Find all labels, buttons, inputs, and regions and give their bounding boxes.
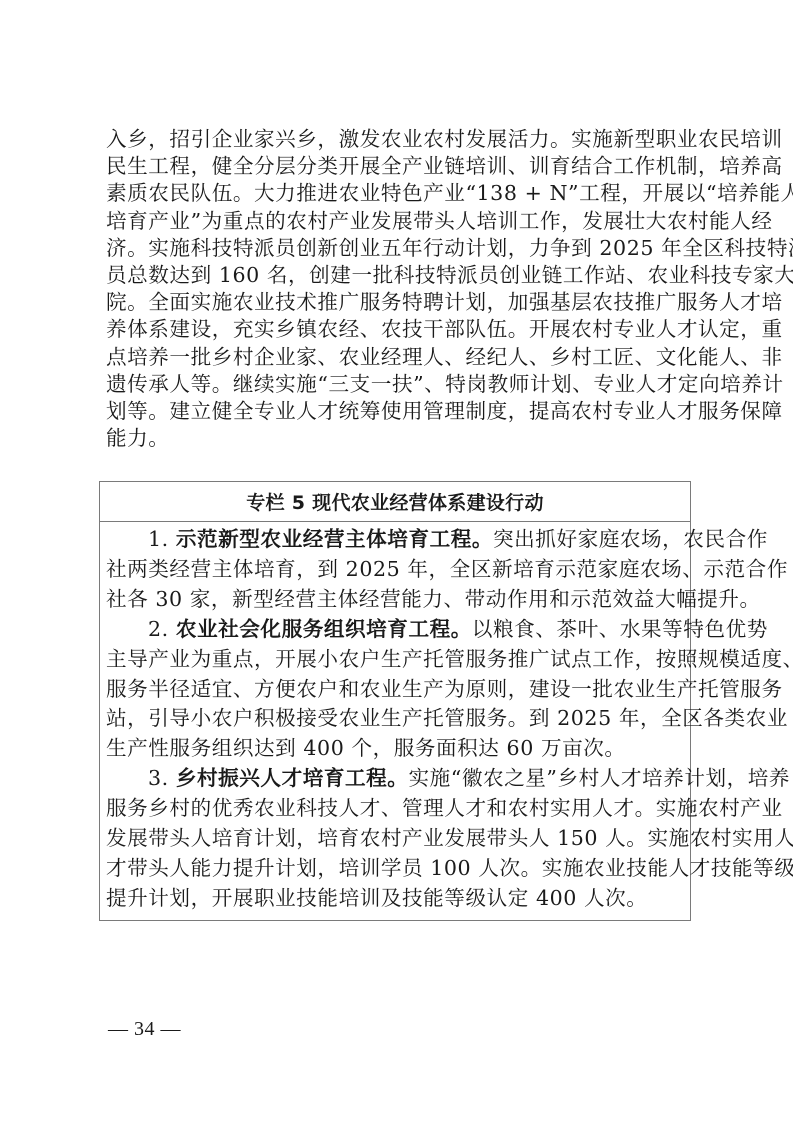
item-number: 2.	[148, 617, 176, 641]
item-number: 3.	[148, 766, 176, 790]
item-text: 实施“徽农之星”乡村人才培养计划，培养	[408, 766, 790, 790]
box-item-1: 1. 示范新型农业经营主体培育工程。突出抓好家庭农场，农民合作 社两类经营主体培…	[106, 525, 684, 615]
item-line: 发展带头人培育计划，培育农村产业发展带头人 150 人。实施农村实用人	[106, 824, 684, 854]
item-first-line: 1. 示范新型农业经营主体培育工程。突出抓好家庭农场，农民合作	[106, 525, 684, 555]
document-page: 入乡，招引企业家兴乡，激发农业农村发展活力。实施新型职业农民培训 民生工程，健全…	[0, 0, 793, 1122]
item-line: 生产性服务组织达到 400 个，服务面积达 60 万亩次。	[106, 734, 684, 764]
item-line: 才带头人能力提升计划，培训学员 100 人次。实施农业技能人才技能等级	[106, 854, 684, 884]
item-line: 提升计划，开展职业技能培训及技能等级认定 400 人次。	[106, 884, 684, 914]
item-number: 1.	[148, 527, 176, 551]
body-line: 入乡，招引企业家兴乡，激发农业农村发展活力。实施新型职业农民培训	[106, 126, 688, 153]
item-line: 服务乡村的优秀农业科技人才、管理人才和农村实用人才。实施农村产业	[106, 794, 684, 824]
box-item-3: 3. 乡村振兴人才培育工程。实施“徽农之星”乡村人才培养计划，培养 服务乡村的优…	[106, 764, 684, 914]
body-line: 民生工程，健全分层分类开展全产业链培训、训育结合工作机制，培养高	[106, 153, 688, 180]
body-line: 济。实施科技特派员创新创业五年行动计划，力争到 2025 年全区科技特派	[106, 235, 688, 262]
item-heading: 乡村振兴人才培育工程。	[176, 766, 409, 790]
body-paragraph: 入乡，招引企业家兴乡，激发农业农村发展活力。实施新型职业农民培训 民生工程，健全…	[106, 126, 688, 452]
body-line: 划等。建立健全专业人才统筹使用管理制度，提高农村专业人才服务保障	[106, 398, 688, 425]
item-first-line: 3. 乡村振兴人才培育工程。实施“徽农之星”乡村人才培养计划，培养	[106, 764, 684, 794]
item-line: 主导产业为重点，开展小农户生产托管服务推广试点工作，按照规模适度、	[106, 645, 684, 675]
item-text: 以粮食、茶叶、水果等特色优势	[472, 617, 768, 641]
body-line: 能力。	[106, 425, 688, 452]
box-title: 专栏 5 现代农业经营体系建设行动	[100, 482, 690, 522]
item-heading: 农业社会化服务组织培育工程。	[176, 617, 472, 641]
body-line: 遗传承人等。继续实施“三支一扶”、特岗教师计划、专业人才定向培养计	[106, 371, 688, 398]
body-line: 点培养一批乡村企业家、农业经理人、经纪人、乡村工匠、文化能人、非	[106, 344, 688, 371]
item-line: 站，引导小农户积极接受农业生产托管服务。到 2025 年，全区各类农业	[106, 704, 684, 734]
body-line: 院。全面实施农业技术推广服务特聘计划，加强基层农技推广服务人才培	[106, 289, 688, 316]
page-number: — 34 —	[108, 1018, 181, 1041]
box-body: 1. 示范新型农业经营主体培育工程。突出抓好家庭农场，农民合作 社两类经营主体培…	[100, 522, 690, 914]
special-column-box: 专栏 5 现代农业经营体系建设行动 1. 示范新型农业经营主体培育工程。突出抓好…	[99, 481, 691, 921]
body-line: 素质农民队伍。大力推进农业特色产业“138 + N”工程，开展以“培养能人、	[106, 180, 688, 207]
body-line: 培育产业”为重点的农村产业发展带头人培训工作，发展壮大农村能人经	[106, 208, 688, 235]
body-line: 养体系建设，充实乡镇农经、农技干部队伍。开展农村专业人才认定，重	[106, 316, 688, 343]
item-line: 服务半径适宜、方便农户和农业生产为原则，建设一批农业生产托管服务	[106, 675, 684, 705]
item-text: 突出抓好家庭农场，农民合作	[493, 527, 768, 551]
item-heading: 示范新型农业经营主体培育工程。	[176, 527, 493, 551]
item-first-line: 2. 农业社会化服务组织培育工程。以粮食、茶叶、水果等特色优势	[106, 615, 684, 645]
box-item-2: 2. 农业社会化服务组织培育工程。以粮食、茶叶、水果等特色优势 主导产业为重点，…	[106, 615, 684, 765]
item-line: 社两类经营主体培育，到 2025 年，全区新培育示范家庭农场、示范合作	[106, 555, 684, 585]
item-line: 社各 30 家，新型经营主体经营能力、带动作用和示范效益大幅提升。	[106, 585, 684, 615]
body-line: 员总数达到 160 名，创建一批科技特派员创业链工作站、农业科技专家大	[106, 262, 688, 289]
